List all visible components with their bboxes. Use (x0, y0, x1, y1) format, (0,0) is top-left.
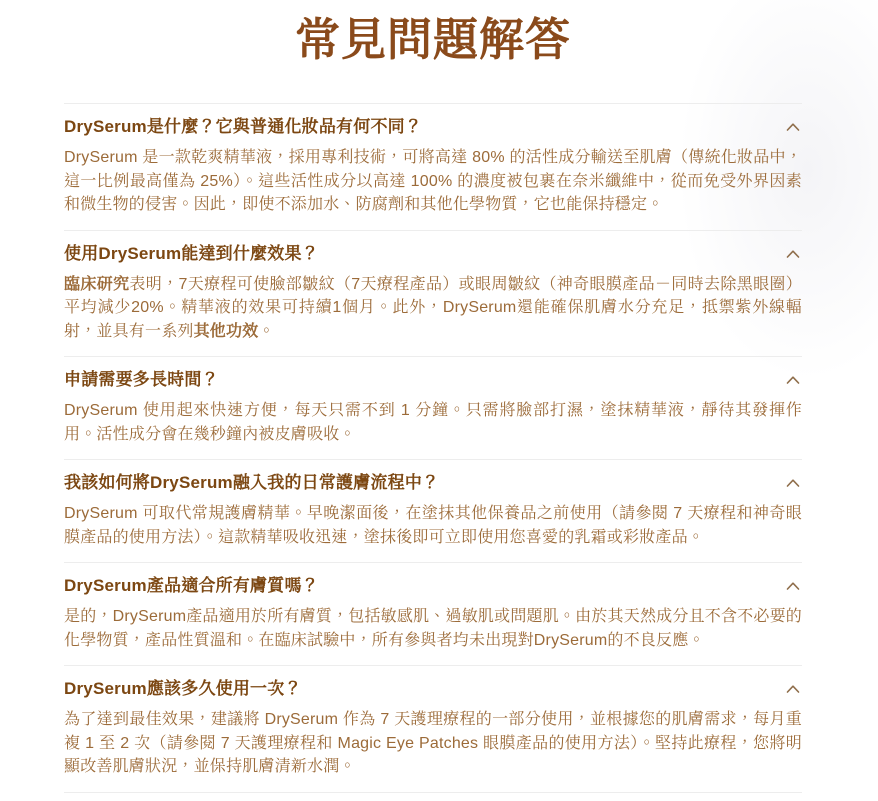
faq-answer: 臨床研究表明，7天療程可使臉部皺紋（7天療程產品）或眼周皺紋（神奇眼膜產品－同時… (64, 273, 802, 344)
faq-question-row[interactable]: 申請需要多長時間？ (64, 369, 802, 391)
faq-answer: DrySerum 可取代常規護膚精華。早晚潔面後，在塗抹其他保養品之前使用（請參… (64, 502, 802, 549)
answer-segment: 為了達到最佳效果，建議將 DrySerum 作為 7 天護理療程的一部分使用，並… (64, 711, 802, 775)
chevron-up-icon[interactable] (786, 581, 800, 591)
faq-answer: DrySerum 是一款乾爽精華液，採用專利技術，可將高達 80% 的活性成分輸… (64, 146, 802, 217)
faq-page: 常見問題解答 DrySerum是什麼？它與普通化妝品有何不同？ DrySerum… (0, 0, 878, 793)
chevron-up-icon[interactable] (786, 122, 800, 132)
faq-question[interactable]: DrySerum是什麼？它與普通化妝品有何不同？ (64, 116, 422, 138)
faq-question-row[interactable]: 我該如何將DrySerum融入我的日常護膚流程中？ (64, 472, 802, 494)
chevron-up-icon[interactable] (786, 478, 800, 488)
chevron-up-icon[interactable] (786, 375, 800, 385)
faq-answer: 是的，DrySerum產品適用於所有膚質，包括敏感肌、過敏肌或問題肌。由於其天然… (64, 605, 802, 652)
answer-segment: 表明，7天療程可使臉部皺紋（7天療程產品）或眼周皺紋（神奇眼膜產品－同時去除黑眼… (64, 276, 802, 340)
faq-item: 我該如何將DrySerum融入我的日常護膚流程中？ DrySerum 可取代常規… (64, 459, 802, 562)
chevron-up-icon[interactable] (786, 249, 800, 259)
answer-segment: DrySerum 是一款乾爽精華液，採用專利技術，可將高達 80% 的活性成分輸… (64, 149, 802, 213)
faq-question[interactable]: 使用DrySerum能達到什麼效果？ (64, 243, 319, 265)
faq-question[interactable]: 我該如何將DrySerum融入我的日常護膚流程中？ (64, 472, 439, 494)
faq-answer: DrySerum 使用起來快速方便，每天只需不到 1 分鐘。只需將臉部打濕，塗抹… (64, 399, 802, 446)
answer-segment: DrySerum 可取代常規護膚精華。早晚潔面後，在塗抹其他保養品之前使用（請參… (64, 505, 802, 546)
faq-item: DrySerum是什麼？它與普通化妝品有何不同？ DrySerum 是一款乾爽精… (64, 103, 802, 230)
faq-item: 使用DrySerum能達到什麼效果？ 臨床研究表明，7天療程可使臉部皺紋（7天療… (64, 230, 802, 357)
faq-answer: 為了達到最佳效果，建議將 DrySerum 作為 7 天護理療程的一部分使用，並… (64, 708, 802, 779)
answer-segment: 。 (258, 323, 274, 340)
faq-item: 申請需要多長時間？ DrySerum 使用起來快速方便，每天只需不到 1 分鐘。… (64, 356, 802, 459)
faq-question[interactable]: DrySerum產品適合所有膚質嗎？ (64, 575, 319, 597)
faq-question[interactable]: DrySerum應該多久使用一次？ (64, 678, 302, 700)
faq-question-row[interactable]: DrySerum應該多久使用一次？ (64, 678, 802, 700)
answer-segment: 是的，DrySerum產品適用於所有膚質，包括敏感肌、過敏肌或問題肌。由於其天然… (64, 608, 802, 649)
answer-segment: DrySerum 使用起來快速方便，每天只需不到 1 分鐘。只需將臉部打濕，塗抹… (64, 402, 802, 443)
answer-segment: 其他功效 (194, 323, 259, 340)
chevron-up-icon[interactable] (786, 684, 800, 694)
faq-list: DrySerum是什麼？它與普通化妝品有何不同？ DrySerum 是一款乾爽精… (64, 103, 802, 793)
answer-segment: 臨床研究 (64, 276, 129, 293)
faq-item: DrySerum產品適合所有膚質嗎？ 是的，DrySerum產品適用於所有膚質，… (64, 562, 802, 665)
faq-question-row[interactable]: 使用DrySerum能達到什麼效果？ (64, 243, 802, 265)
faq-item: DrySerum應該多久使用一次？ 為了達到最佳效果，建議將 DrySerum … (64, 665, 802, 792)
faq-question-row[interactable]: DrySerum是什麼？它與普通化妝品有何不同？ (64, 116, 802, 138)
faq-question-row[interactable]: DrySerum產品適合所有膚質嗎？ (64, 575, 802, 597)
page-title: 常見問題解答 (64, 12, 802, 68)
faq-question[interactable]: 申請需要多長時間？ (64, 369, 219, 391)
